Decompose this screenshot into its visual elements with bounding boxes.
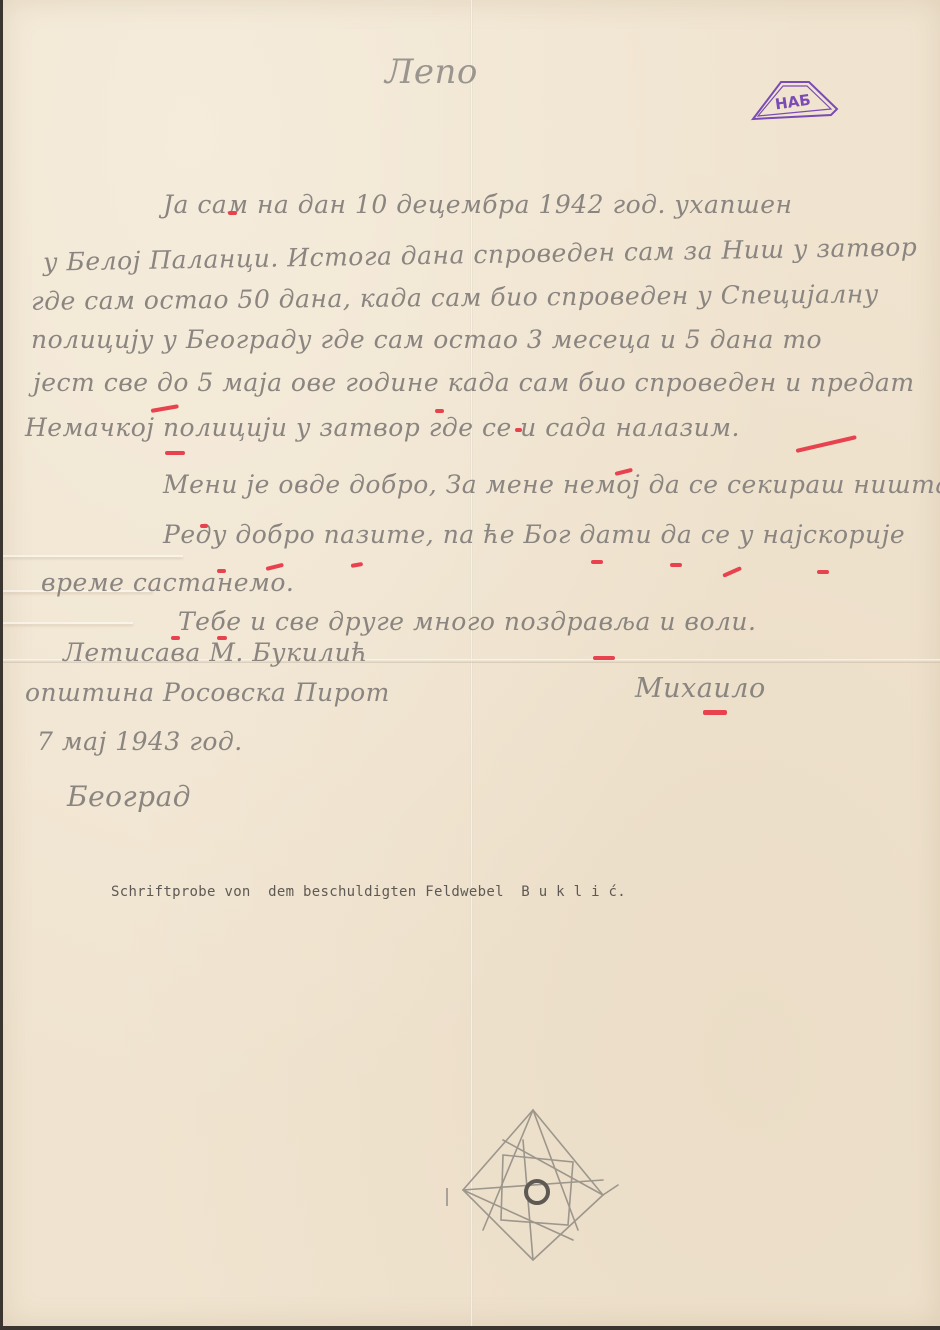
svg-text:НАБ: НАБ — [774, 91, 812, 114]
red-correction-mark — [171, 636, 180, 640]
red-correction-mark — [817, 570, 829, 574]
red-correction-mark — [200, 524, 208, 528]
letter-line: полицију у Београду где сам остао 3 месе… — [31, 325, 822, 354]
letter-place: Београд — [67, 780, 191, 813]
red-correction-mark — [217, 636, 227, 640]
letter-line: Ја сам на дан 10 децембра 1942 год. ухап… — [163, 190, 792, 219]
letter-line: Немачкој полицији у затвор где се и сада… — [25, 413, 740, 442]
red-correction-mark — [228, 211, 237, 215]
paper-wrinkle — [3, 555, 183, 557]
red-correction-mark — [515, 428, 522, 432]
nab-stamp-icon: НАБ — [751, 79, 839, 121]
red-correction-mark — [217, 569, 226, 573]
letter-line: Реду добро пазите, па ће Бог дати да се … — [163, 520, 905, 549]
letter-line: Мени је овде добро, За мене немој да се … — [163, 470, 940, 499]
geometric-sketch-icon — [443, 1100, 623, 1270]
red-correction-mark — [722, 566, 742, 578]
paper-wrinkle — [3, 622, 133, 624]
address-municipality: општина Росовска Пирот — [25, 678, 390, 707]
letter-line: где сам остао 50 дана, када сам био спро… — [31, 279, 879, 315]
typewritten-caption: Schriftprobe von dem beschuldigten Feldw… — [111, 884, 626, 900]
letter-line: јест све до 5 маја ове године када сам б… — [33, 368, 915, 397]
red-correction-mark — [435, 409, 444, 413]
letter-page: Лепо НАБ Ја сам на дан 10 децембра 1942 … — [3, 0, 940, 1326]
red-correction-mark — [796, 435, 857, 453]
letter-line: у Белој Паланци. Истога дана спроведен с… — [43, 232, 918, 276]
red-correction-mark — [151, 404, 179, 413]
red-correction-mark — [591, 560, 603, 564]
red-correction-mark — [165, 451, 185, 455]
red-correction-mark — [351, 562, 364, 568]
letter-line: време састанемо. — [41, 568, 294, 597]
signature: Михаило — [635, 673, 766, 704]
red-correction-mark — [593, 656, 615, 660]
letter-date: 7 мај 1943 год. — [37, 727, 243, 756]
red-correction-mark — [703, 710, 727, 715]
address-name: Летисава М. Букилић — [63, 638, 368, 667]
letter-line: Тебе и све друге много поздравља и воли. — [178, 607, 756, 636]
red-correction-mark — [670, 563, 682, 567]
document-title: Лепо — [385, 52, 478, 92]
